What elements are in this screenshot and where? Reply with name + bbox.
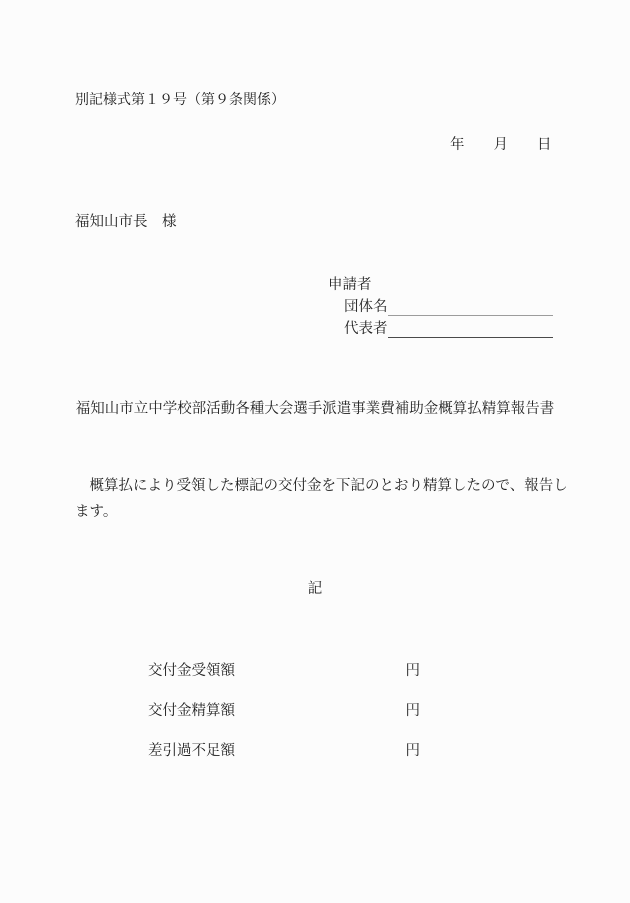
amount-row-received: 交付金受領額 円 [148,663,420,680]
representative-name-label: 代表者 [344,321,388,338]
document-page: 別記様式第１９号（第９条関係） 年 月 日 福知山市長 様 申請者 団体名 代表… [0,0,630,903]
organization-name-blank-line [388,300,554,316]
body-line: ます。 [75,504,575,530]
representative-name-row: 代表者 [344,321,553,338]
representative-name-blank-line [388,322,554,338]
amount-unit: 円 [406,663,421,680]
amount-unit: 円 [406,743,421,760]
body-paragraph: 概算払により受領した標記の交付金を下記のとおり精算したので、報告し ます。 [75,478,575,530]
form-number-text: 別記様式第１９号（第９条関係） [75,93,285,110]
amount-label: 差引過不足額 [148,743,235,760]
addressee-text: 福知山市長 様 [75,214,177,231]
organization-name-label: 団体名 [344,299,388,316]
applicant-label: 申請者 [328,277,372,294]
document-title: 福知山市立中学校部活動各種大会選手派遣事業費補助金概算払精算報告書 [0,401,630,418]
amount-unit: 円 [406,703,421,720]
body-line: 概算払により受領した標記の交付金を下記のとおり精算したので、報告し [75,478,575,504]
date-line: 年 月 日 [450,137,552,154]
amount-label: 交付金受領額 [148,663,235,680]
section-marker: 記 [0,581,630,598]
organization-name-row: 団体名 [344,299,553,316]
amount-label: 交付金精算額 [148,703,235,720]
amount-row-balance: 差引過不足額 円 [148,743,420,760]
amount-row-settled: 交付金精算額 円 [148,703,420,720]
amount-list: 交付金受領額 円 交付金精算額 円 差引過不足額 円 [148,663,420,783]
